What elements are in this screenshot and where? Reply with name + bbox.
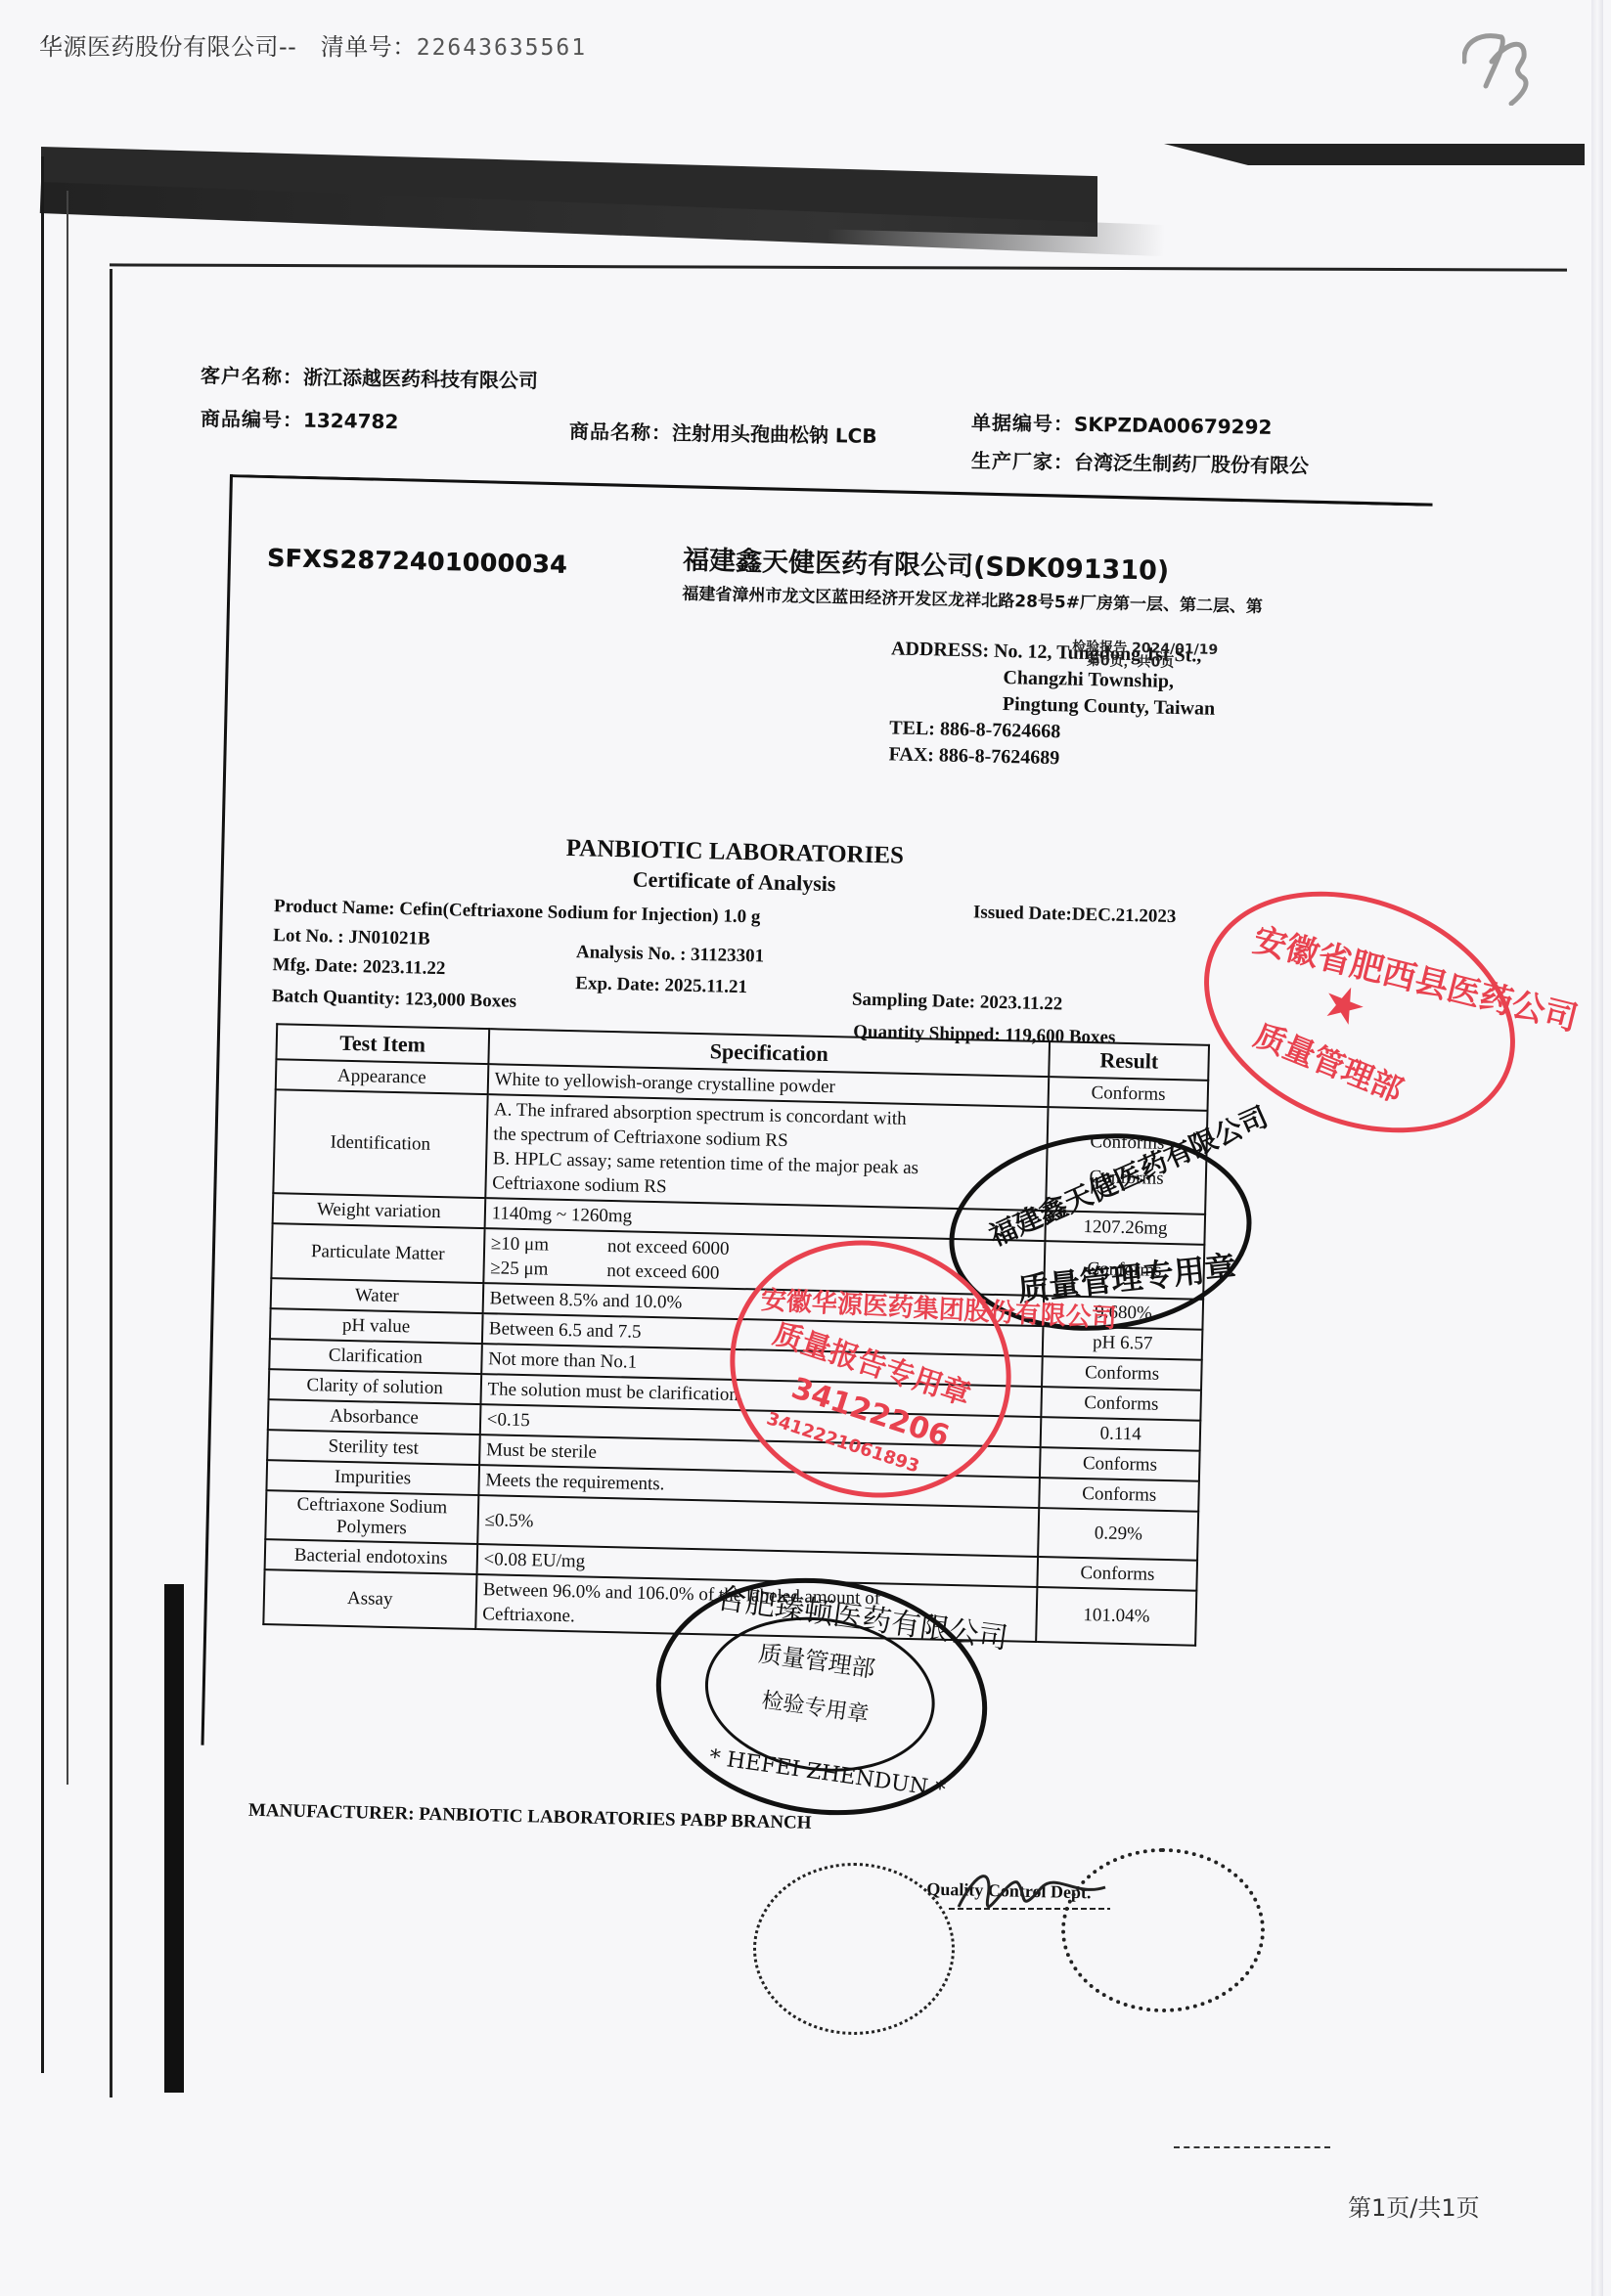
- result-value: Conforms: [1049, 1391, 1194, 1416]
- product-name-label: 商品名称：: [569, 419, 672, 445]
- header-company: 华源医药股份有限公司--: [39, 33, 296, 61]
- customer-line: 客户名称：浙江添越医药科技有限公司: [201, 360, 538, 393]
- paper-edge: [164, 1584, 184, 2093]
- result-value: Conforms: [1055, 1082, 1201, 1106]
- faded-stamp: [753, 1863, 955, 2035]
- result-value: Conforms: [1050, 1361, 1195, 1386]
- result-value: 0.114: [1048, 1422, 1193, 1446]
- paper-edge: [110, 269, 112, 2097]
- result-cell: 101.04%: [1037, 1587, 1197, 1646]
- test-item-cell: Identification: [273, 1089, 487, 1198]
- page-indicator: 第1页/共1页: [1348, 2188, 1480, 2223]
- scan-shadow-band: [1164, 144, 1585, 165]
- test-item-cell: Clarity of solution: [269, 1369, 481, 1404]
- test-item-cell: Clarification: [269, 1339, 481, 1374]
- test-item-cell: Particulate Matter: [271, 1223, 484, 1283]
- lot-no: Lot No. : JN01021B: [273, 925, 430, 950]
- paper-edge: [41, 156, 44, 2073]
- manufacturer-value: 台湾泛生制药厂股份有限公: [1074, 451, 1309, 478]
- distributor-address: 福建省漳州市龙文区蓝田经济开发区龙祥北路28号5#厂房第一层、第二层、第: [682, 580, 1263, 617]
- result-value: 0.29%: [1046, 1522, 1191, 1546]
- result-value: Conforms: [1047, 1452, 1192, 1477]
- result-value: pH 6.57: [1050, 1331, 1195, 1355]
- header-list-number: 22643635561: [417, 35, 587, 61]
- manufacturer-label: 生产厂家：: [971, 449, 1074, 474]
- doc-no-value: SKPZDA00679292: [1074, 413, 1273, 439]
- manufacturer-line: MANUFACTURER: PANBIOTIC LABORATORIES PAB…: [248, 1800, 812, 1834]
- result-cell: Conforms: [1038, 1557, 1197, 1591]
- product-name: Product Name: Cefin(Ceftriaxone Sodium f…: [274, 896, 761, 928]
- customer-label: 客户名称：: [201, 364, 303, 389]
- result-cell: Conforms: [1040, 1447, 1199, 1481]
- paper-edge: [1174, 2144, 1330, 2148]
- lab-title-block: PANBIOTIC LABORATORIES Certificate of An…: [479, 832, 989, 903]
- analysis-no: Analysis No. : 31123301: [576, 942, 765, 967]
- column-header-result: Result: [1050, 1041, 1209, 1081]
- stamp-text: 安徽省肥西县医药公司: [1249, 913, 1584, 1040]
- issued-date: Issued Date:DEC.21.2023: [973, 902, 1177, 928]
- specification-line: ≤0.5%: [484, 1508, 1032, 1545]
- column-header-test-item: Test Item: [276, 1024, 488, 1064]
- test-item-cell: Assay: [263, 1569, 476, 1629]
- sfx-code: SFXS2872401000034: [267, 544, 568, 579]
- customer-value: 浙江添越医药科技有限公司: [303, 366, 538, 393]
- specification-cell: A. The infrared absorption spectrum is c…: [485, 1094, 1049, 1211]
- batch-quantity: Batch Quantity: 123,000 Boxes: [272, 986, 517, 1013]
- result-cell: 0.114: [1041, 1417, 1200, 1451]
- test-item-cell: Bacterial endotoxins: [265, 1539, 477, 1574]
- product-name-line: 商品名称：注射用头孢曲松钠 LCB: [569, 416, 877, 449]
- manufacturer-line: 生产厂家：台湾泛生制药厂股份有限公: [971, 445, 1309, 478]
- sampling-date: Sampling Date: 2023.11.22: [852, 990, 1063, 1016]
- result-cell: Conforms: [1042, 1387, 1201, 1421]
- product-code-line: 商品编号：1324782: [201, 403, 399, 434]
- signature-scribble: [949, 1858, 1115, 1936]
- doc-no-label: 单据编号：: [971, 411, 1074, 436]
- product-code-value: 1324782: [303, 409, 399, 434]
- result-cell: Conforms: [1040, 1478, 1199, 1512]
- header-list-label: 清单号：: [321, 33, 417, 61]
- document-header: 华源医药股份有限公司-- 清单号：22643635561: [39, 27, 587, 62]
- overlay-print: 检验报告 2024/01/19 第0页，共0页: [1072, 640, 1219, 671]
- test-item-cell: Impurities: [266, 1460, 478, 1495]
- result-cell: Conforms: [1042, 1356, 1201, 1391]
- sheet-edge: [201, 474, 233, 1745]
- paper-edge: [110, 263, 1567, 271]
- result-cell: 0.29%: [1039, 1508, 1199, 1561]
- product-code-label: 商品编号：: [201, 407, 303, 432]
- result-value: Conforms: [1045, 1562, 1190, 1586]
- exp-date: Exp. Date: 2025.11.21: [575, 973, 747, 998]
- test-item-cell: Weight variation: [273, 1193, 485, 1228]
- test-item-cell: pH value: [270, 1308, 482, 1344]
- test-item-cell: Appearance: [276, 1059, 488, 1094]
- result-cell: Conforms: [1049, 1077, 1208, 1111]
- test-item-cell: Absorbance: [268, 1399, 480, 1435]
- scan-edge: [1591, 0, 1603, 2296]
- result-value: 101.04%: [1044, 1604, 1189, 1628]
- test-item-cell: Sterility test: [267, 1430, 479, 1465]
- doc-no-line: 单据编号：SKPZDA00679292: [971, 407, 1273, 440]
- product-name-value: 注射用头孢曲松钠 LCB: [672, 421, 877, 448]
- paper-edge: [67, 191, 68, 1785]
- sheet-edge: [230, 474, 1433, 507]
- result-value: Conforms: [1047, 1482, 1192, 1507]
- test-item-cell: Water: [271, 1278, 483, 1313]
- mfg-date: Mfg. Date: 2023.11.22: [272, 954, 445, 980]
- handwritten-mark: [1462, 18, 1541, 106]
- test-item-cell: Ceftriaxone Sodium Polymers: [265, 1490, 478, 1544]
